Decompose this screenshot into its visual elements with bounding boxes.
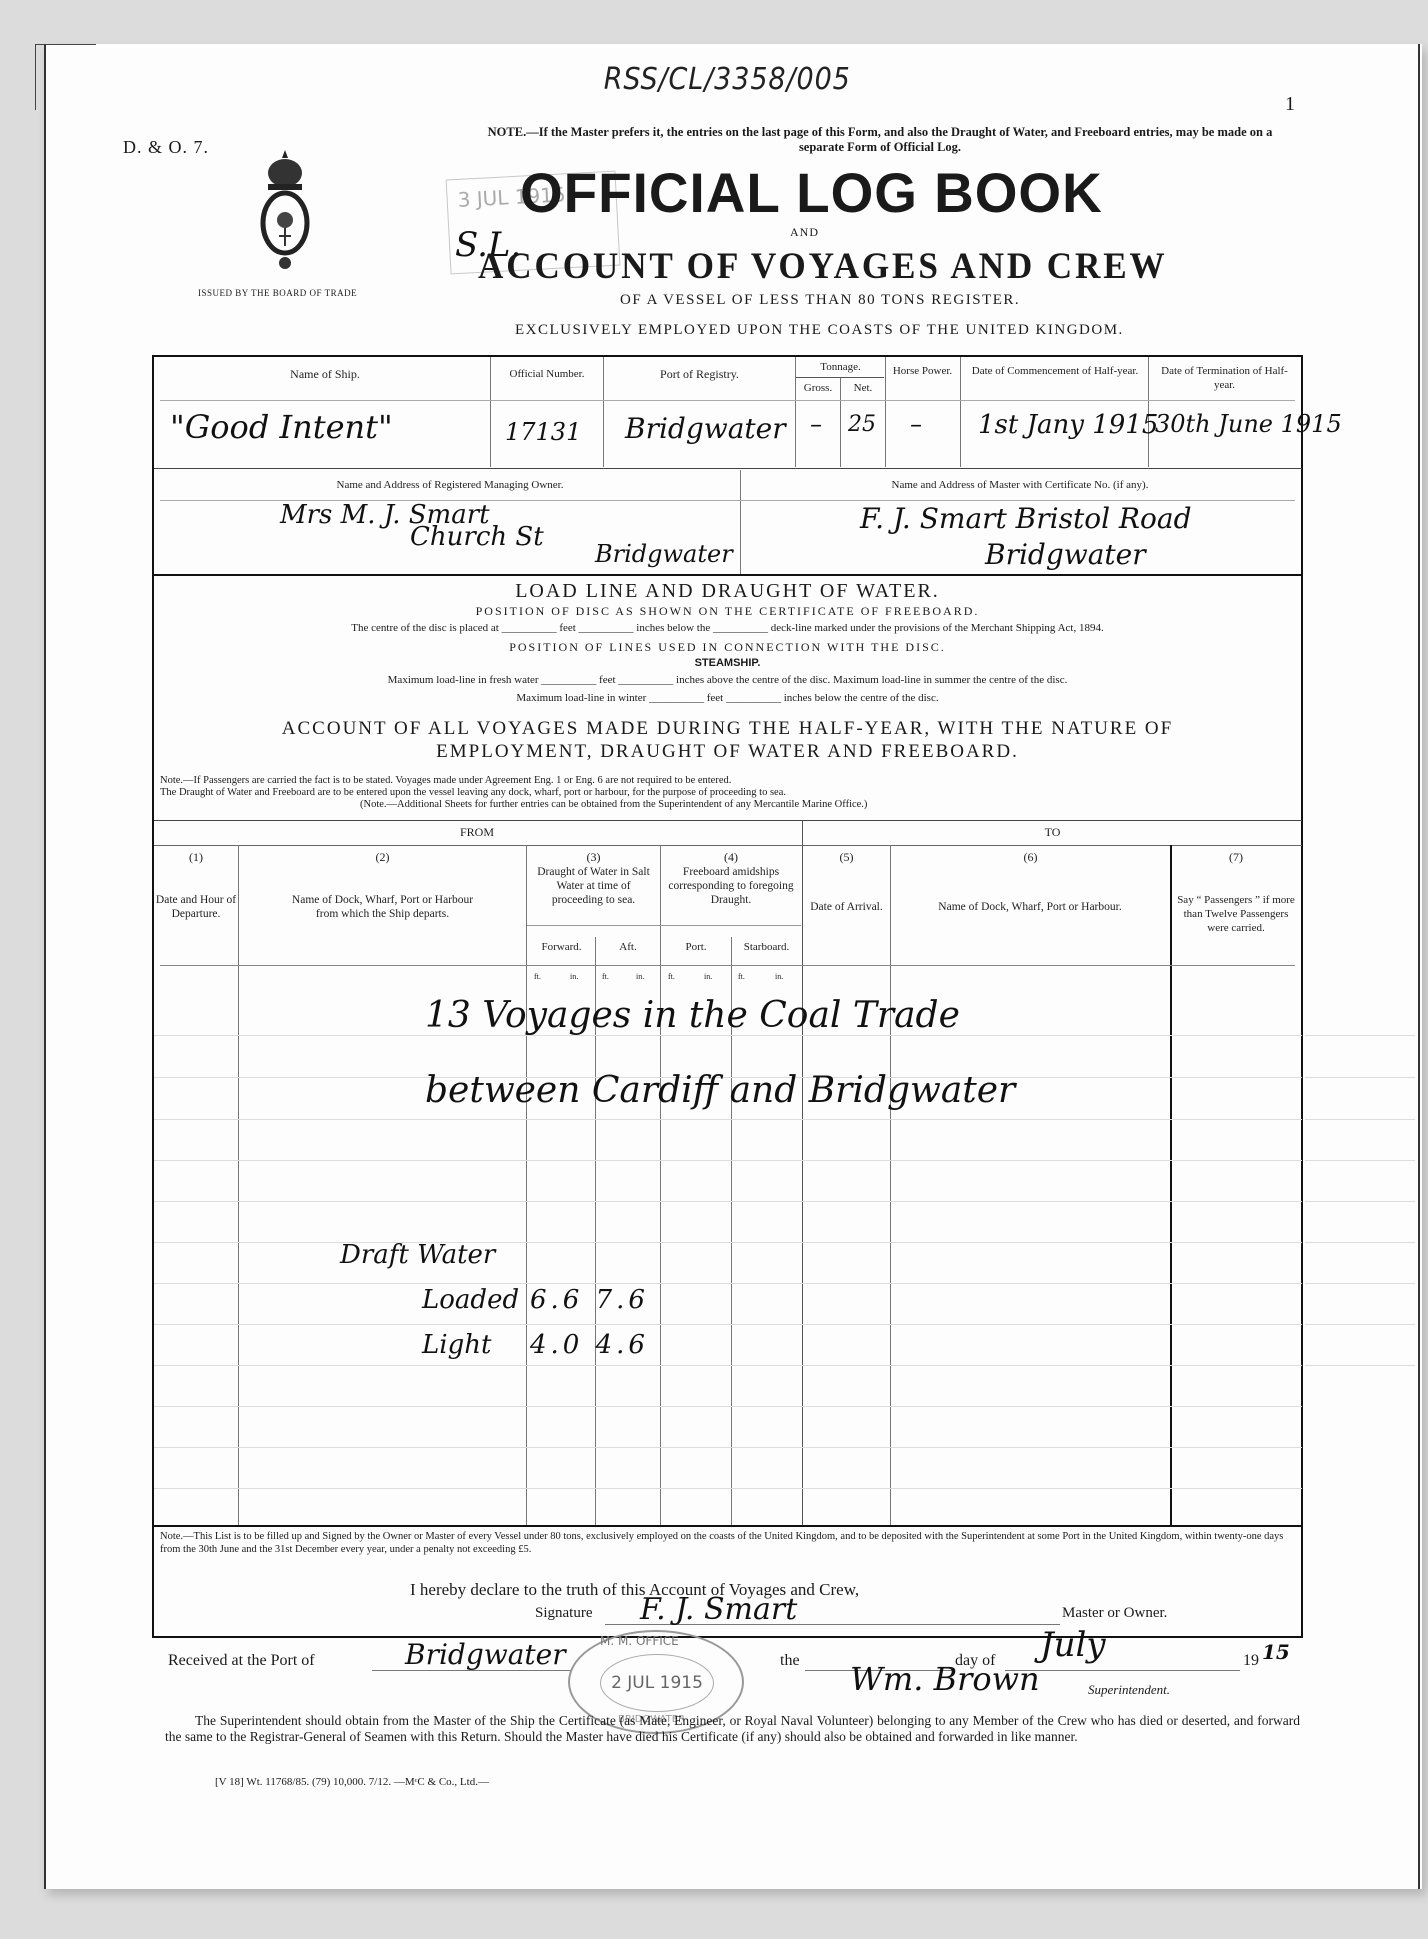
received-at-port-label: Received at the Port of	[168, 1652, 315, 1670]
master-signature: F. J. Smart	[640, 1592, 797, 1627]
header-horse-power: Horse Power.	[890, 364, 955, 378]
voyage-entry-line-2: between Cardiff and Bridgwater	[425, 1070, 1015, 1111]
account-title-line-2: EMPLOYMENT, DRAUGHT OF WATER AND FREEBOA…	[152, 741, 1303, 763]
title-and: AND	[790, 225, 819, 240]
col-3-header: Draught of Water in Salt Water at time o…	[530, 865, 657, 907]
col-6-number: (6)	[891, 850, 1170, 864]
net-tonnage-value: 25	[848, 412, 876, 437]
owner-label: Name and Address of Registered Managing …	[160, 478, 740, 492]
col-4-header: Freeboard amidships corresponding to for…	[663, 865, 799, 907]
col-2-number: (2)	[239, 850, 526, 864]
subcol-aft: Aft.	[596, 940, 660, 954]
unit-ft: ft.	[738, 970, 745, 984]
the-label: the	[780, 1652, 800, 1670]
col-5-number: (5)	[803, 850, 890, 864]
master-name-value: F. J. Smart Bristol Road	[860, 502, 1192, 535]
header-net: Net.	[841, 381, 885, 395]
unit-in: in.	[775, 970, 783, 984]
scan-corner-mark	[35, 44, 96, 110]
col-3-number: (3)	[527, 850, 660, 864]
subcol-port: Port.	[661, 940, 731, 954]
port-of-registry-value: Bridgwater	[625, 412, 786, 445]
unit-in: in.	[636, 970, 644, 984]
subcol-forward: Forward.	[528, 940, 595, 954]
unit-ft: ft.	[602, 970, 609, 984]
owner-street-value: Church St	[410, 522, 544, 552]
col-7-header: Say “ Passengers ” if more than Twelve P…	[1176, 893, 1296, 935]
superintendent-instructions: The Superintendent should obtain from th…	[165, 1713, 1300, 1745]
master-or-owner-label: Master or Owner.	[1062, 1605, 1167, 1622]
superintendent-signature: Wm. Brown	[850, 1660, 1040, 1698]
document-subtitle: ACCOUNT OF VOYAGES AND CREW	[478, 245, 1168, 288]
unit-in: in.	[704, 970, 712, 984]
ship-name-value: "Good Intent"	[170, 408, 393, 446]
col-6-header: Name of Dock, Wharf, Port or Harbour.	[930, 900, 1130, 914]
page-number: 1	[1285, 93, 1295, 116]
master-town-value: Bridgwater	[985, 538, 1146, 571]
disc-heading: POSITION OF DISC AS SHOWN ON THE CERTIFI…	[152, 604, 1303, 619]
loaded-label: Loaded	[422, 1285, 519, 1315]
col-1-number: (1)	[154, 850, 238, 864]
from-label: FROM	[152, 825, 802, 840]
to-label: TO	[805, 825, 1300, 840]
unit-ft: ft.	[534, 970, 541, 984]
document-title: OFFICIAL LOG BOOK	[520, 160, 1103, 225]
year-prefix: 19	[1243, 1652, 1259, 1670]
gross-tonnage-value: –	[810, 410, 822, 438]
steamship-label: STEAMSHIP.	[152, 657, 1303, 669]
subtitle-line-2: EXCLUSIVELY EMPLOYED UPON THE COASTS OF …	[515, 322, 1124, 339]
account-note-3: (Note.—Additional Sheets for further ent…	[360, 799, 1260, 810]
footer-note: Note.—This List is to be filled up and S…	[160, 1530, 1295, 1556]
subcol-starboard: Starboard.	[732, 940, 801, 954]
received-month-value: July	[1040, 1625, 1106, 1665]
top-note: NOTE.—If the Master prefers it, the entr…	[470, 125, 1290, 155]
header-tonnage: Tonnage.	[796, 360, 885, 374]
stamp-top-text: M. M. OFFICE	[600, 1634, 679, 1648]
light-draft-value: 4.0 4.6	[530, 1330, 649, 1360]
account-title-line-1: ACCOUNT OF ALL VOYAGES MADE DURING THE H…	[152, 718, 1303, 740]
col-7-number: (7)	[1172, 850, 1300, 864]
termination-value: 30th June 1915	[1155, 410, 1342, 438]
received-port-value: Bridgwater	[405, 1638, 566, 1671]
unit-in: in.	[570, 970, 578, 984]
master-label: Name and Address of Master with Certific…	[745, 478, 1295, 492]
commencement-value: 1st Jany 1915	[978, 410, 1158, 440]
draft-water-heading: Draft Water	[340, 1240, 495, 1270]
header-port-of-registry: Port of Registry.	[604, 367, 795, 381]
unit-ft: ft.	[668, 970, 675, 984]
issued-by-label: ISSUED BY THE BOARD OF TRADE	[198, 288, 357, 298]
header-official-number: Official Number.	[491, 367, 603, 381]
header-ship-name: Name of Ship.	[160, 367, 490, 381]
account-note-2: The Draught of Water and Freeboard are t…	[160, 787, 1300, 798]
form-code: D. & O. 7.	[123, 137, 209, 158]
header-gross: Gross.	[796, 381, 840, 395]
year-suffix: 15	[1262, 1640, 1290, 1664]
signature-label: Signature	[535, 1605, 593, 1622]
fresh-water-line-text: Maximum load-line in fresh water _______…	[152, 674, 1303, 686]
loaded-draft-value: 6.6 7.6	[530, 1285, 649, 1315]
page-edge	[1418, 44, 1420, 1889]
lines-heading: POSITION OF LINES USED IN CONNECTION WIT…	[152, 640, 1303, 655]
col-1-header: Date and Hour of Departure.	[154, 893, 238, 921]
stamp-date: 2 JUL 1915	[600, 1654, 714, 1712]
col-4-number: (4)	[661, 850, 801, 864]
owner-town-value: Bridgwater	[595, 540, 733, 568]
header-termination: Date of Termination of Half-year.	[1152, 364, 1297, 392]
disc-position-text: The centre of the disc is placed at ____…	[152, 622, 1303, 634]
superintendent-label: Superintendent.	[1088, 1682, 1170, 1698]
royal-crest-icon	[255, 148, 315, 278]
winter-line-text: Maximum load-line in winter __________ f…	[152, 692, 1303, 704]
header-commencement: Date of Commencement of Half-year.	[966, 364, 1144, 378]
light-label: Light	[422, 1330, 491, 1360]
col-5-header: Date of Arrival.	[803, 900, 890, 914]
printer-line: [V 18] Wt. 11768/85. (79) 10,000. 7/12. …	[215, 1776, 489, 1788]
official-number-value: 17131	[505, 418, 581, 446]
reference-code: RSS/CL/3358/005	[604, 62, 851, 97]
account-note-1: Note.—If Passengers are carried the fact…	[160, 775, 1300, 786]
col-2-header: Name of Dock, Wharf, Port or Harbour fro…	[289, 893, 476, 921]
load-line-title: LOAD LINE AND DRAUGHT OF WATER.	[152, 580, 1303, 603]
voyage-entry-line-1: 13 Voyages in the Coal Trade	[425, 995, 960, 1036]
horse-power-value: –	[910, 410, 922, 438]
subtitle-line-1: OF A VESSEL OF LESS THAN 80 TONS REGISTE…	[620, 292, 1020, 309]
